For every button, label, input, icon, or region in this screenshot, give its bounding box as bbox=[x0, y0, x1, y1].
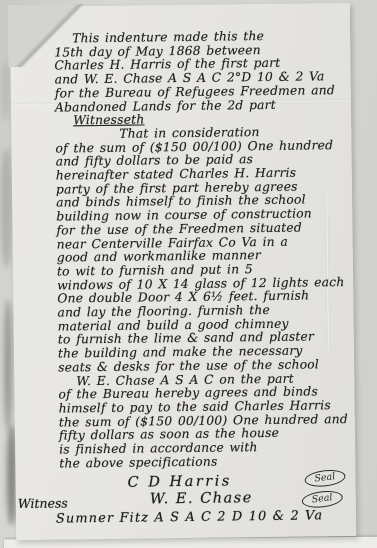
witness-label: Witness bbox=[18, 495, 68, 511]
signature-chase: W. E. Chase bbox=[150, 490, 253, 507]
photo-edge-smudge bbox=[1, 148, 12, 268]
seal-harris-icon: Seal bbox=[304, 468, 346, 489]
handwriting-block: This indenture made this the15th day of … bbox=[54, 29, 349, 471]
handwritten-line: the above specifications bbox=[59, 454, 349, 471]
seal-chase-icon: Seal bbox=[301, 489, 343, 510]
witness-signature: Sumner Fitz A S A C 2 D 10 & 2 Va bbox=[56, 508, 323, 526]
photo-edge-smudge bbox=[2, 60, 9, 120]
document-photo: This indenture made this the15th day of … bbox=[0, 0, 377, 548]
document-paper: This indenture made this the15th day of … bbox=[10, 3, 356, 540]
photo-edge-smudge bbox=[4, 300, 12, 430]
signature-harris: C D Harris bbox=[127, 473, 231, 490]
